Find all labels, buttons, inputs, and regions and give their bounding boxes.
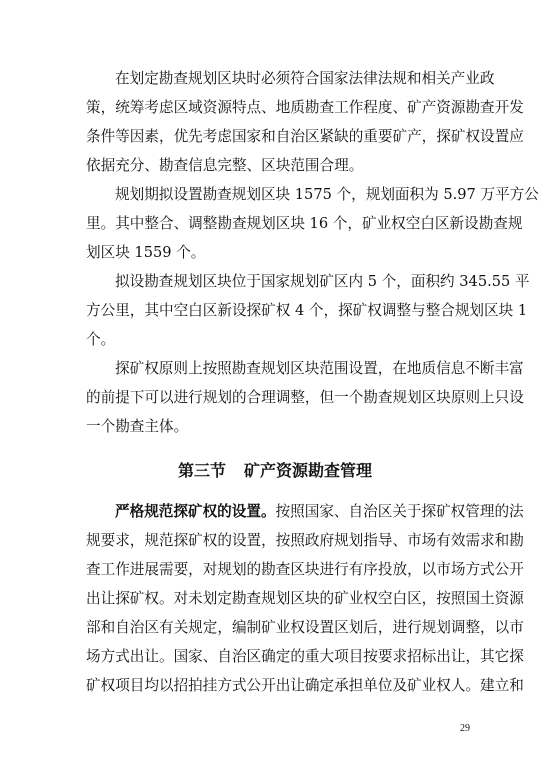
text-line: 依据充分、勘查信息完整、区块范围合理。 bbox=[86, 151, 470, 180]
body-text-bottom: 严格规范探矿权的设置。按照国家、自治区关于探矿权管理的法 规要求，规范探矿权的设… bbox=[86, 497, 470, 700]
text-line: 一个勘查主体。 bbox=[86, 412, 470, 441]
text-line: 场方式出让。国家、自治区确定的重大项目按要求招标出让，其它探 bbox=[86, 642, 470, 671]
text-line: 条件等因素，优先考虑国家和自治区紧缺的重要矿产，探矿权设置应 bbox=[86, 122, 470, 151]
text-line: 严格规范探矿权的设置。按照国家、自治区关于探矿权管理的法 bbox=[86, 497, 470, 526]
paragraph-3: 拟设勘查规划区块位于国家规划矿区内 5 个，面积约 345.55 平 方公里，其… bbox=[86, 267, 470, 354]
text-line: 规划期拟设置勘查规划区块 1575 个，规划面积为 5.97 万平方公 bbox=[86, 180, 470, 209]
text-line: 出让探矿权。对未划定勘查规划区块的矿业权空白区，按照国土资源 bbox=[86, 584, 470, 613]
section-title: 矿产资源勘查管理 bbox=[244, 461, 372, 480]
text-line: 策，统筹考虑区域资源特点、地质勘查工作程度、矿产资源勘查开发 bbox=[86, 93, 470, 122]
paragraph-1: 在划定勘查规划区块时必须符合国家法律法规和相关产业政 策，统筹考虑区域资源特点、… bbox=[86, 64, 470, 180]
text-line: 部和自治区有关规定，编制矿业权设置区划后，进行规划调整，以市 bbox=[86, 613, 470, 642]
text-line: 个。 bbox=[86, 325, 470, 354]
text-line: 查工作进展需要，对规划的勘查区块进行有序投放，以市场方式公开 bbox=[86, 555, 470, 584]
text-line: 拟设勘查规划区块位于国家规划矿区内 5 个，面积约 345.55 平 bbox=[86, 267, 470, 296]
text-line: 在划定勘查规划区块时必须符合国家法律法规和相关产业政 bbox=[86, 64, 470, 93]
text-line: 规要求，规范探矿权的设置，按照政府规划指导、市场有效需求和勘 bbox=[86, 526, 470, 555]
text-run: 按照国家、自治区关于探矿权管理的法 bbox=[276, 503, 524, 520]
body-text-top: 在划定勘查规划区块时必须符合国家法律法规和相关产业政 策，统筹考虑区域资源特点、… bbox=[86, 64, 470, 441]
text-line: 方公里，其中空白区新设探矿权 4 个，探矿权调整与整合规划区块 1 bbox=[86, 296, 470, 325]
bold-lead: 严格规范探矿权的设置。 bbox=[115, 503, 276, 520]
paragraph-4: 探矿权原则上按照勘查规划区块范围设置，在地质信息不断丰富 的前提下可以进行规划的… bbox=[86, 354, 470, 441]
text-line: 里。其中整合、调整勘查规划区块 16 个，矿业权空白区新设勘查规 bbox=[86, 209, 470, 238]
text-line: 矿权项目均以招拍挂方式公开出让确定承担单位及矿业权人。建立和 bbox=[86, 671, 470, 700]
text-line: 探矿权原则上按照勘查规划区块范围设置，在地质信息不断丰富 bbox=[86, 354, 470, 383]
section-number: 第三节 bbox=[178, 461, 226, 480]
page-number: 29 bbox=[460, 723, 470, 734]
section-heading: 第三节矿产资源勘查管理 bbox=[0, 456, 550, 486]
paragraph-2: 规划期拟设置勘查规划区块 1575 个，规划面积为 5.97 万平方公 里。其中… bbox=[86, 180, 470, 267]
text-line: 的前提下可以进行规划的合理调整，但一个勘查规划区块原则上只设 bbox=[86, 383, 470, 412]
text-line: 划区块 1559 个。 bbox=[86, 238, 470, 267]
